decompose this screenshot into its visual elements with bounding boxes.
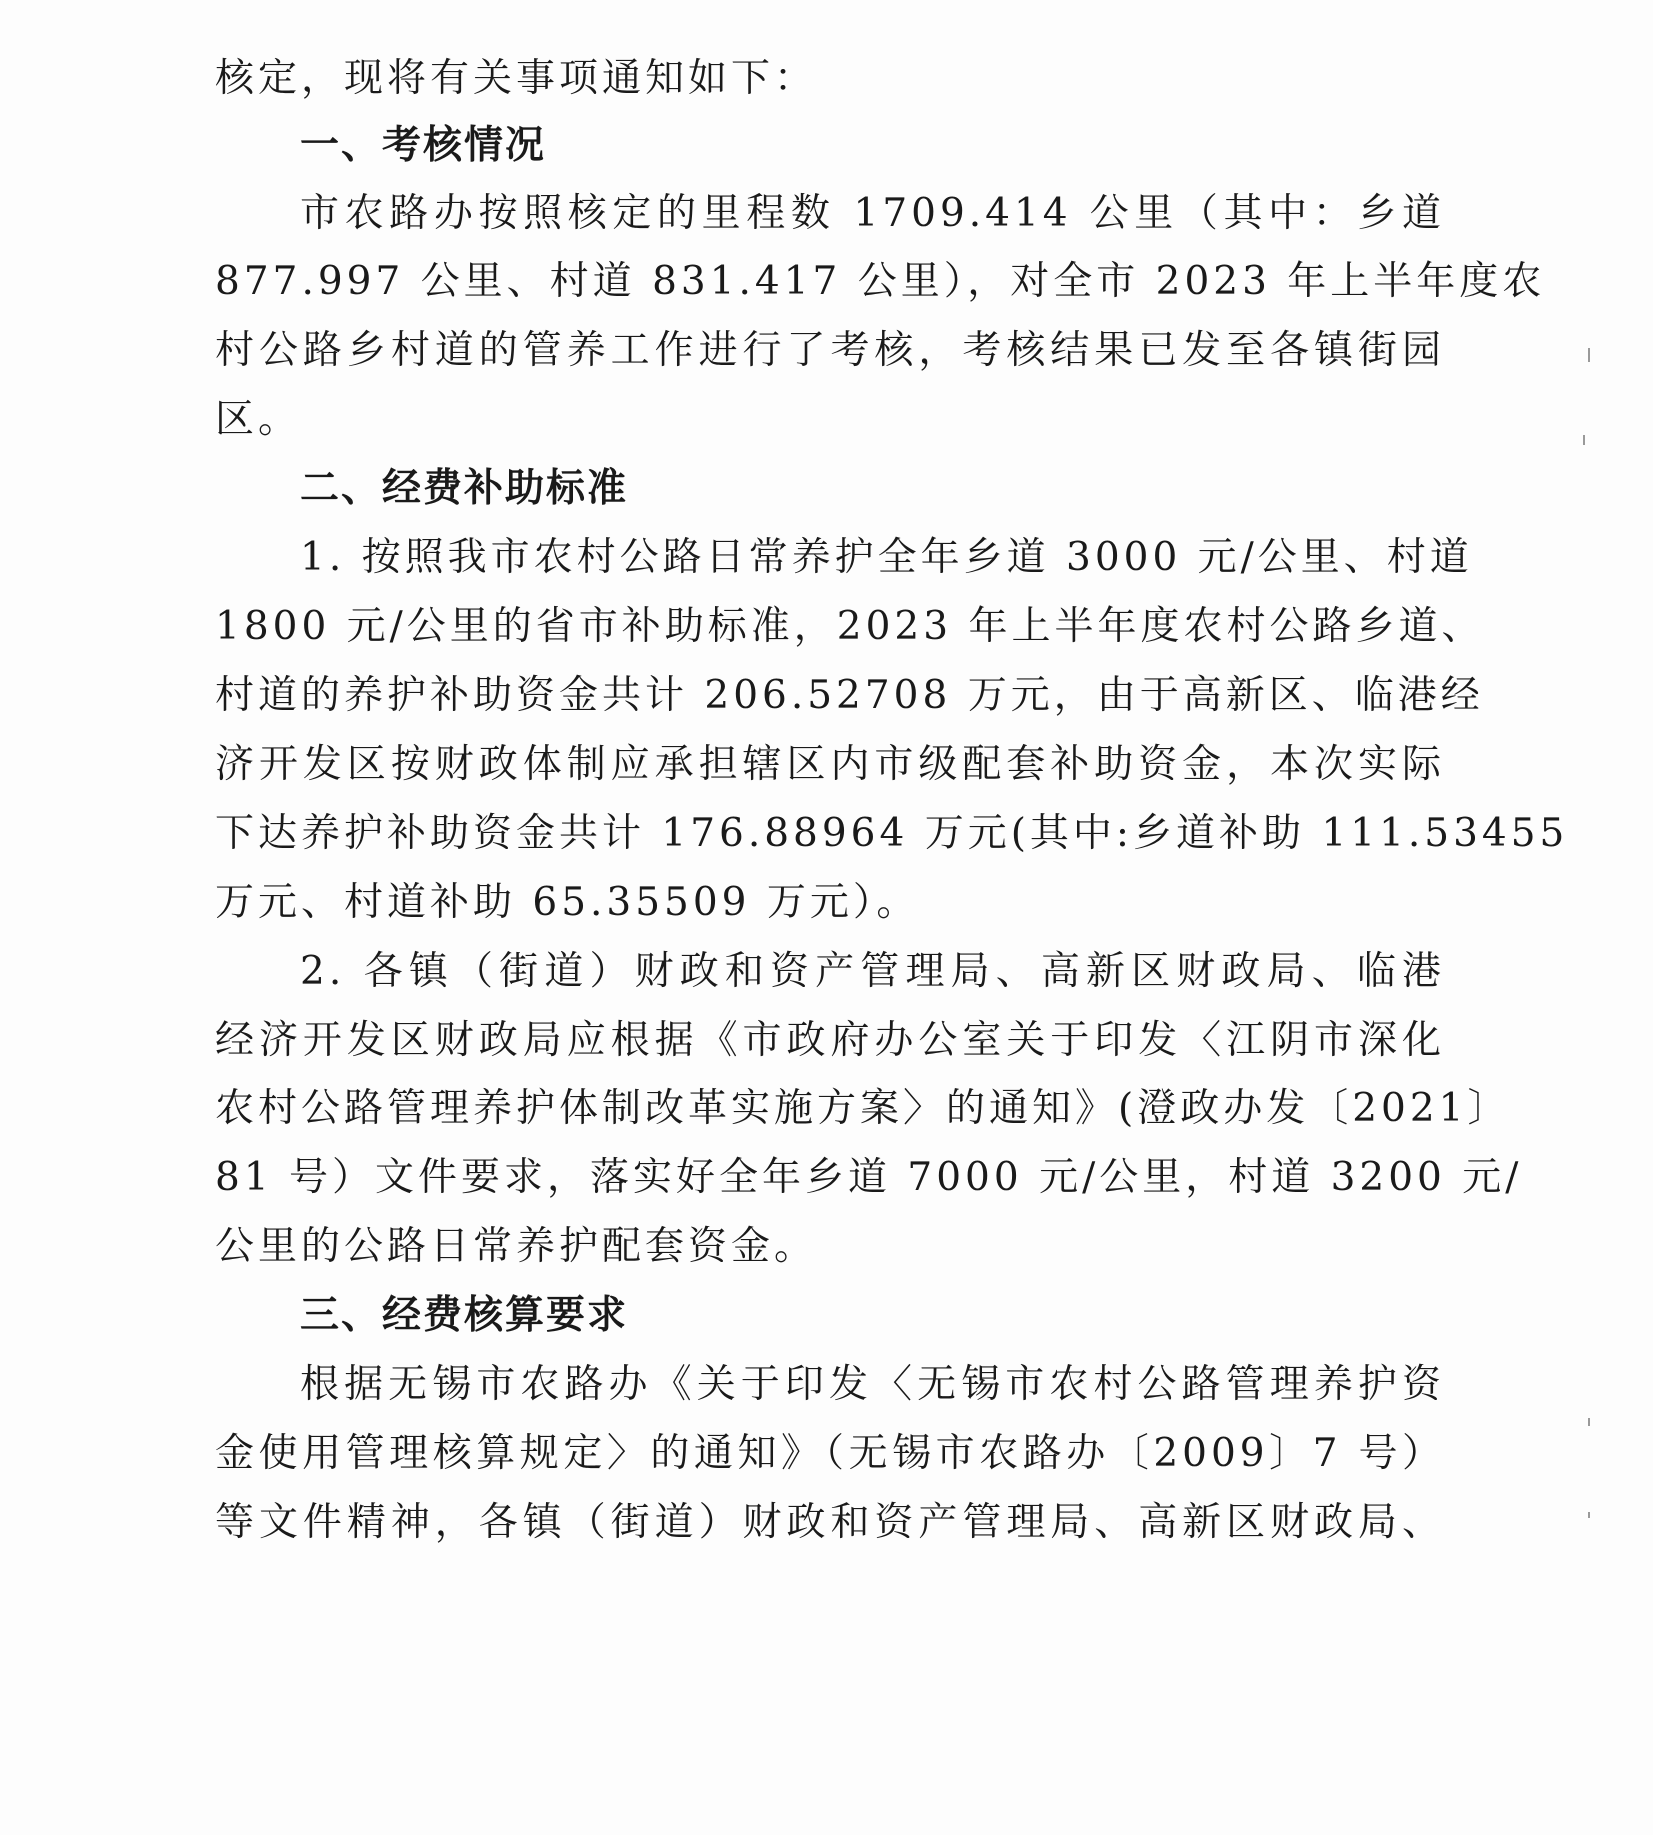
body-line: 81 号）文件要求，落实好全年乡道 7000 元/公里，村道 3200 元/ <box>215 1154 1445 1202</box>
body-line: 村公路乡村道的管养工作进行了考核，考核结果已发至各镇街园 <box>215 327 1445 375</box>
body-line: 1. 按照我市农村公路日常养护全年乡道 3000 元/公里、村道 <box>300 534 1445 582</box>
body-line: 村道的养护补助资金共计 206.52708 万元，由于高新区、临港经 <box>215 672 1445 720</box>
body-line: 济开发区按财政体制应承担辖区内市级配套补助资金，本次实际 <box>215 741 1445 789</box>
scan-artifact <box>1588 1512 1590 1518</box>
section-heading-2: 二、经费补助标准 <box>300 465 628 513</box>
section-heading-1: 一、考核情况 <box>300 122 546 170</box>
section-heading-3: 三、经费核算要求 <box>300 1292 628 1340</box>
body-line: 经济开发区财政局应根据《市政府办公室关于印发〈江阴市深化 <box>215 1017 1445 1065</box>
body-line: 公里的公路日常养护配套资金。 <box>215 1223 1445 1271</box>
document-page: 核定，现将有关事项通知如下： 一、考核情况 市农路办按照核定的里程数 1709.… <box>0 0 1653 1835</box>
body-line: 2. 各镇（街道）财政和资产管理局、高新区财政局、临港 <box>300 948 1445 996</box>
body-line: 下达养护补助资金共计 176.88964 万元(其中:乡道补助 111.5345… <box>215 810 1445 858</box>
body-line: 市农路办按照核定的里程数 1709.414 公里（其中：乡道 <box>300 190 1445 238</box>
body-line: 根据无锡市农路办《关于印发〈无锡市农村公路管理养护资 <box>300 1361 1445 1409</box>
body-line: 万元、村道补助 65.35509 万元）。 <box>215 879 1445 927</box>
scan-artifact <box>1588 348 1590 362</box>
body-line: 1800 元/公里的省市补助标准，2023 年上半年度农村公路乡道、 <box>215 603 1445 651</box>
body-line: 金使用管理核算规定〉的通知》（无锡市农路办〔2009〕7 号） <box>215 1430 1445 1478</box>
body-line: 等文件精神，各镇（街道）财政和资产管理局、高新区财政局、 <box>215 1499 1445 1547</box>
body-line: 核定，现将有关事项通知如下： <box>215 55 1445 103</box>
scan-artifact <box>1588 1418 1590 1426</box>
body-line: 877.997 公里、村道 831.417 公里），对全市 2023 年上半年度… <box>215 258 1445 306</box>
body-line: 农村公路管理养护体制改革实施方案〉的通知》(澄政办发〔2021〕 <box>215 1085 1445 1133</box>
scan-artifact <box>1583 435 1585 445</box>
body-line: 区。 <box>215 396 1445 444</box>
